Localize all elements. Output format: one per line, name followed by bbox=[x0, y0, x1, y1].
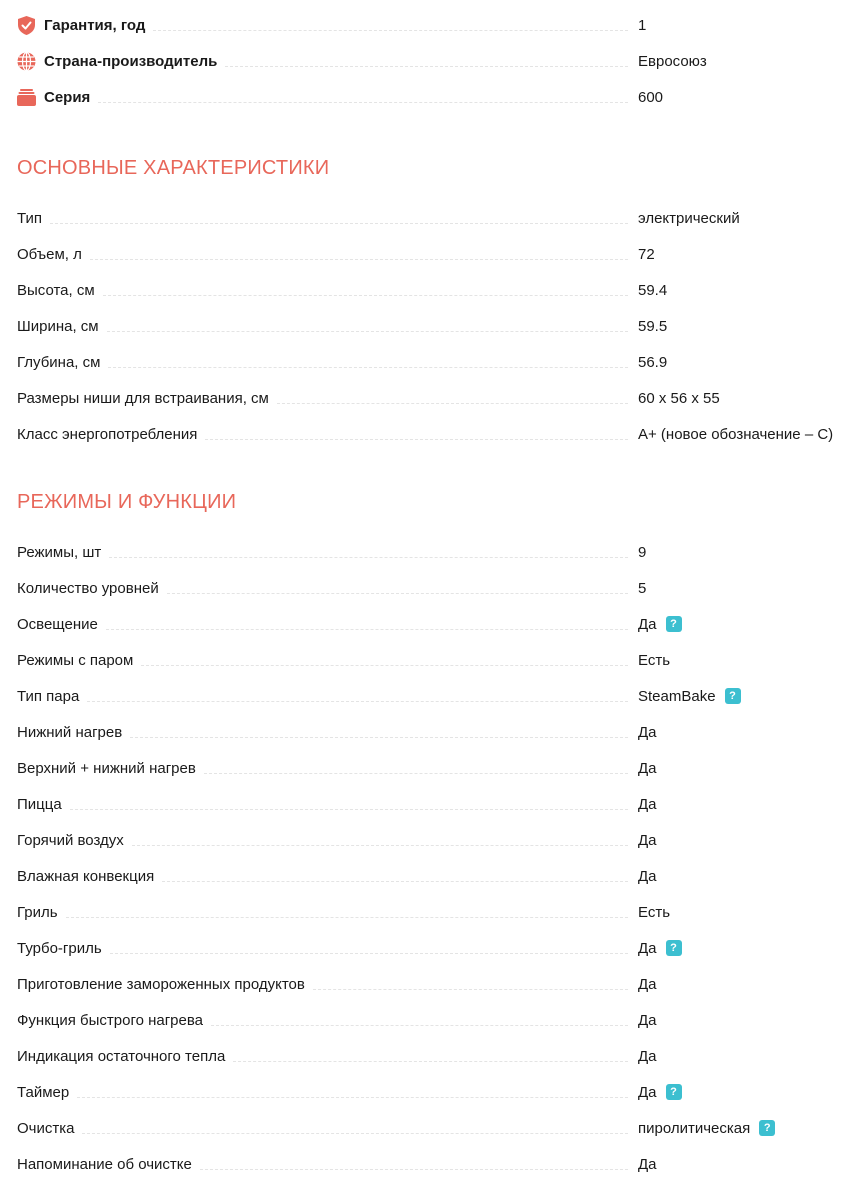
dotted-leader bbox=[90, 259, 628, 260]
spec-value-cell: Да? bbox=[638, 1084, 682, 1101]
spec-label: Верхний + нижний нагрев bbox=[17, 760, 204, 777]
spec-row: Функция быстрого нагреваДа bbox=[17, 1002, 848, 1038]
help-icon[interactable]: ? bbox=[666, 940, 682, 956]
spec-row: Тип параSteamBake? bbox=[17, 678, 848, 714]
spec-label: Пицца bbox=[17, 796, 70, 813]
spec-value-cell: 59.5 bbox=[638, 318, 667, 335]
help-icon[interactable]: ? bbox=[666, 616, 682, 632]
shield-check-icon bbox=[17, 16, 36, 35]
dotted-leader bbox=[109, 557, 628, 558]
spec-label: Серия bbox=[44, 89, 98, 106]
dotted-leader bbox=[313, 989, 628, 990]
spec-row: Влажная конвекцияДа bbox=[17, 858, 848, 894]
spec-value-cell: 1 bbox=[638, 17, 646, 34]
spec-value: Да bbox=[638, 868, 657, 885]
dotted-leader bbox=[277, 403, 628, 404]
spec-row: ТаймерДа? bbox=[17, 1074, 848, 1110]
spec-label-cell: Влажная конвекция bbox=[17, 868, 628, 885]
dotted-leader bbox=[98, 102, 628, 103]
spec-value-cell: Да? bbox=[638, 616, 682, 633]
spec-label-cell: Размеры ниши для встраивания, см bbox=[17, 390, 628, 407]
spec-row: Нижний нагревДа bbox=[17, 714, 848, 750]
spec-value: Да bbox=[638, 616, 657, 633]
dotted-leader bbox=[153, 30, 628, 31]
spec-row: Горячий воздухДа bbox=[17, 822, 848, 858]
spec-value-cell: Евросоюз bbox=[638, 53, 707, 70]
spec-value: 59.5 bbox=[638, 318, 667, 335]
section-title-main-specs: ОСНОВНЫЕ ХАРАКТЕРИСТИКИ bbox=[17, 151, 848, 185]
dotted-leader bbox=[106, 629, 628, 630]
spec-value: Есть bbox=[638, 652, 670, 669]
dotted-leader bbox=[167, 593, 628, 594]
dotted-leader bbox=[211, 1025, 628, 1026]
stack-icon bbox=[17, 88, 36, 107]
dotted-leader bbox=[108, 367, 628, 368]
spec-label: Турбо-гриль bbox=[17, 940, 110, 957]
spec-value-cell: Да bbox=[638, 1048, 657, 1065]
spec-value: Есть bbox=[638, 904, 670, 921]
spec-label: Гриль bbox=[17, 904, 66, 921]
spec-value-cell: Да? bbox=[638, 940, 682, 957]
spec-value-cell: A+ (новое обозначение – C) bbox=[638, 426, 833, 443]
spec-label-cell: Турбо-гриль bbox=[17, 940, 628, 957]
spec-value: 56.9 bbox=[638, 354, 667, 371]
spec-value-cell: Да bbox=[638, 796, 657, 813]
dotted-leader bbox=[141, 665, 628, 666]
spec-label-cell: Тип пара bbox=[17, 688, 628, 705]
spec-label-cell: Гриль bbox=[17, 904, 628, 921]
spec-value-cell: пиролитическая? bbox=[638, 1120, 775, 1137]
spec-label-cell: Напоминание об очистке bbox=[17, 1156, 628, 1173]
help-icon[interactable]: ? bbox=[725, 688, 741, 704]
spec-value: 600 bbox=[638, 89, 663, 106]
spec-label: Класс энергопотребления bbox=[17, 426, 205, 443]
spec-value-cell: 60 x 56 x 55 bbox=[638, 390, 720, 407]
spec-label-cell: Верхний + нижний нагрев bbox=[17, 760, 628, 777]
spec-label-cell: Освещение bbox=[17, 616, 628, 633]
spec-value: Да bbox=[638, 1156, 657, 1173]
spec-value-cell: Да bbox=[638, 724, 657, 741]
spec-label-cell: Объем, л bbox=[17, 246, 628, 263]
spec-value-cell: Есть bbox=[638, 652, 670, 669]
spec-row: Класс энергопотребленияA+ (новое обознач… bbox=[17, 416, 848, 452]
spec-row: Приготовление замороженных продуктовДа bbox=[17, 966, 848, 1002]
spec-label: Приготовление замороженных продуктов bbox=[17, 976, 313, 993]
spec-label: Глубина, см bbox=[17, 354, 108, 371]
dotted-leader bbox=[130, 737, 628, 738]
spec-row: Верхний + нижний нагревДа bbox=[17, 750, 848, 786]
spec-label: Нижний нагрев bbox=[17, 724, 130, 741]
spec-value-cell: SteamBake? bbox=[638, 688, 741, 705]
spec-label: Страна-производитель bbox=[44, 53, 225, 70]
spec-value-cell: 72 bbox=[638, 246, 655, 263]
spec-label: Гарантия, год bbox=[44, 17, 153, 34]
dotted-leader bbox=[233, 1061, 628, 1062]
spec-value-cell: Да bbox=[638, 976, 657, 993]
spec-label-cell: Нижний нагрев bbox=[17, 724, 628, 741]
spec-value: Да bbox=[638, 724, 657, 741]
spec-value: 59.4 bbox=[638, 282, 667, 299]
section-title-modes-functions: РЕЖИМЫ И ФУНКЦИИ bbox=[17, 485, 848, 519]
spec-row-country: Страна-производитель Евросоюз bbox=[17, 43, 848, 79]
key-specs: Гарантия, год 1 Страна-производитель Евр… bbox=[17, 0, 848, 115]
spec-label: Функция быстрого нагрева bbox=[17, 1012, 211, 1029]
spec-value: Да bbox=[638, 1012, 657, 1029]
spec-value: 72 bbox=[638, 246, 655, 263]
spec-label-cell: Функция быстрого нагрева bbox=[17, 1012, 628, 1029]
dotted-leader bbox=[225, 66, 628, 67]
spec-row: Ширина, см59.5 bbox=[17, 308, 848, 344]
spec-value: 60 x 56 x 55 bbox=[638, 390, 720, 407]
spec-value-cell: 600 bbox=[638, 89, 663, 106]
spec-label-cell: Приготовление замороженных продуктов bbox=[17, 976, 628, 993]
spec-label: Освещение bbox=[17, 616, 106, 633]
spec-label: Напоминание об очистке bbox=[17, 1156, 200, 1173]
spec-value-cell: Да bbox=[638, 832, 657, 849]
spec-row: Напоминание об очисткеДа bbox=[17, 1146, 848, 1182]
spec-row: Глубина, см56.9 bbox=[17, 344, 848, 380]
spec-value: пиролитическая bbox=[638, 1120, 750, 1137]
help-icon[interactable]: ? bbox=[666, 1084, 682, 1100]
dotted-leader bbox=[162, 881, 628, 882]
spec-value: Да bbox=[638, 832, 657, 849]
spec-label: Режимы с паром bbox=[17, 652, 141, 669]
spec-value: электрический bbox=[638, 210, 740, 227]
dotted-leader bbox=[103, 295, 628, 296]
globe-icon bbox=[17, 52, 36, 71]
spec-value: Да bbox=[638, 796, 657, 813]
spec-row: Размеры ниши для встраивания, см60 x 56 … bbox=[17, 380, 848, 416]
spec-label-cell: Таймер bbox=[17, 1084, 628, 1101]
dotted-leader bbox=[132, 845, 628, 846]
dotted-leader bbox=[110, 953, 628, 954]
spec-label-cell: Очистка bbox=[17, 1120, 628, 1137]
section-main-specs: ТипэлектрическийОбъем, л72Высота, см59.4… bbox=[17, 200, 848, 452]
spec-value-cell: Да bbox=[638, 868, 657, 885]
spec-label-cell: Тип bbox=[17, 210, 628, 227]
spec-label-cell: Горячий воздух bbox=[17, 832, 628, 849]
spec-value-cell: 5 bbox=[638, 580, 646, 597]
spec-label: Влажная конвекция bbox=[17, 868, 162, 885]
spec-row: Очисткапиролитическая? bbox=[17, 1110, 848, 1146]
spec-label-cell: Режимы, шт bbox=[17, 544, 628, 561]
spec-value: Да bbox=[638, 1084, 657, 1101]
spec-value: 5 bbox=[638, 580, 646, 597]
spec-value: 9 bbox=[638, 544, 646, 561]
spec-label: Объем, л bbox=[17, 246, 90, 263]
spec-label-cell: Глубина, см bbox=[17, 354, 628, 371]
spec-value-cell: Есть bbox=[638, 904, 670, 921]
dotted-leader bbox=[204, 773, 628, 774]
spec-label-cell: Класс энергопотребления bbox=[17, 426, 628, 443]
dotted-leader bbox=[70, 809, 628, 810]
spec-value: SteamBake bbox=[638, 688, 716, 705]
spec-label: Количество уровней bbox=[17, 580, 167, 597]
spec-label: Ширина, см bbox=[17, 318, 107, 335]
spec-row: Турбо-грильДа? bbox=[17, 930, 848, 966]
spec-row: ПиццаДа bbox=[17, 786, 848, 822]
spec-label: Очистка bbox=[17, 1120, 82, 1137]
spec-value-cell: 9 bbox=[638, 544, 646, 561]
spec-sheet: Гарантия, год 1 Страна-производитель Евр… bbox=[0, 0, 848, 1182]
spec-value: Да bbox=[638, 1048, 657, 1065]
spec-value-cell: 59.4 bbox=[638, 282, 667, 299]
spec-row: Режимы с паромЕсть bbox=[17, 642, 848, 678]
spec-label-cell: Гарантия, год bbox=[17, 16, 628, 35]
dotted-leader bbox=[107, 331, 628, 332]
spec-row-series: Серия 600 bbox=[17, 79, 848, 115]
dotted-leader bbox=[87, 701, 628, 702]
spec-label: Режимы, шт bbox=[17, 544, 109, 561]
spec-label-cell: Индикация остаточного тепла bbox=[17, 1048, 628, 1065]
spec-value: A+ (новое обозначение – C) bbox=[638, 426, 833, 443]
spec-label-cell: Пицца bbox=[17, 796, 628, 813]
help-icon[interactable]: ? bbox=[759, 1120, 775, 1136]
spec-label-cell: Ширина, см bbox=[17, 318, 628, 335]
spec-label-cell: Серия bbox=[17, 88, 628, 107]
spec-value: Да bbox=[638, 940, 657, 957]
dotted-leader bbox=[50, 223, 628, 224]
spec-label: Высота, см bbox=[17, 282, 103, 299]
spec-row: Режимы, шт9 bbox=[17, 534, 848, 570]
spec-row: Количество уровней5 bbox=[17, 570, 848, 606]
spec-row: Индикация остаточного теплаДа bbox=[17, 1038, 848, 1074]
spec-value-cell: Да bbox=[638, 1012, 657, 1029]
spec-label: Индикация остаточного тепла bbox=[17, 1048, 233, 1065]
spec-row-warranty: Гарантия, год 1 bbox=[17, 7, 848, 43]
dotted-leader bbox=[205, 439, 628, 440]
spec-row: ГрильЕсть bbox=[17, 894, 848, 930]
spec-label: Тип пара bbox=[17, 688, 87, 705]
spec-value: Да bbox=[638, 760, 657, 777]
dotted-leader bbox=[66, 917, 628, 918]
dotted-leader bbox=[82, 1133, 628, 1134]
spec-label: Размеры ниши для встраивания, см bbox=[17, 390, 277, 407]
spec-label-cell: Количество уровней bbox=[17, 580, 628, 597]
spec-row: Высота, см59.4 bbox=[17, 272, 848, 308]
spec-label-cell: Режимы с паром bbox=[17, 652, 628, 669]
spec-value-cell: электрический bbox=[638, 210, 740, 227]
spec-label: Горячий воздух bbox=[17, 832, 132, 849]
spec-label-cell: Страна-производитель bbox=[17, 52, 628, 71]
spec-row: Объем, л72 bbox=[17, 236, 848, 272]
spec-row: Типэлектрический bbox=[17, 200, 848, 236]
spec-row: ОсвещениеДа? bbox=[17, 606, 848, 642]
spec-label: Таймер bbox=[17, 1084, 77, 1101]
spec-value: 1 bbox=[638, 17, 646, 34]
spec-value-cell: 56.9 bbox=[638, 354, 667, 371]
section-modes-functions: Режимы, шт9Количество уровней5ОсвещениеД… bbox=[17, 534, 848, 1182]
spec-label-cell: Высота, см bbox=[17, 282, 628, 299]
spec-value: Да bbox=[638, 976, 657, 993]
spec-label: Тип bbox=[17, 210, 50, 227]
spec-value-cell: Да bbox=[638, 760, 657, 777]
spec-value: Евросоюз bbox=[638, 53, 707, 70]
dotted-leader bbox=[200, 1169, 628, 1170]
dotted-leader bbox=[77, 1097, 628, 1098]
spec-value-cell: Да bbox=[638, 1156, 657, 1173]
